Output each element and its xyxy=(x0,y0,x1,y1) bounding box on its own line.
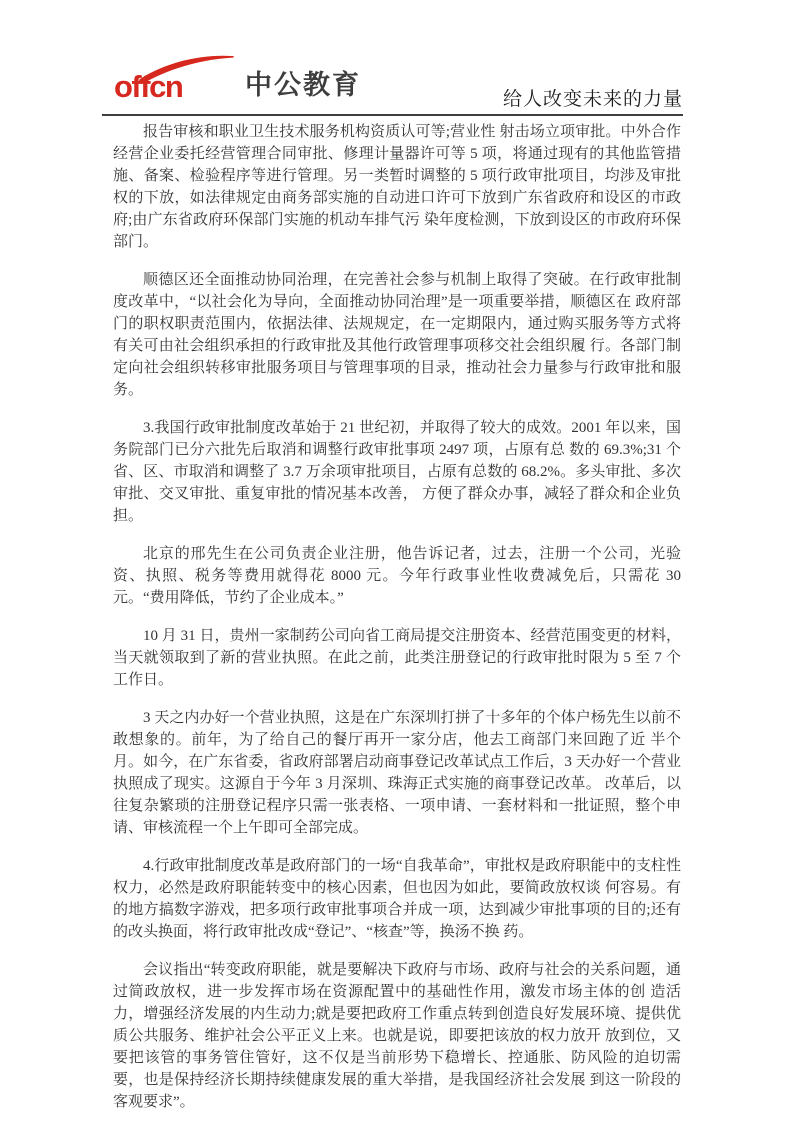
logo-text-en: offcn xyxy=(114,69,183,100)
paragraph-7: 4.行政审批制度改革是政府部门的一场“自我革命”，审批权是政府职能中的支柱性权力… xyxy=(113,855,681,943)
paragraph-1: 报告审核和职业卫生技术服务机构资质认可等;营业性 射击场立项审批。中外合作经营企… xyxy=(113,121,681,253)
paragraph-4: 北京的邢先生在公司负责企业注册，他告诉记者，过去，注册一个公司，光验资、执照、税… xyxy=(113,543,681,609)
tagline: 给人改变未来的力量 xyxy=(503,84,683,111)
document-page: offcn 中公教育 给人改变未来的力量 报告审核和职业卫生技术服务机构资质认可… xyxy=(0,0,793,1122)
paragraph-8: 会议指出“转变政府职能，就是要解决下政府与市场、政府与社会的关系问题，通过简政放… xyxy=(113,959,681,1113)
document-body: 报告审核和职业卫生技术服务机构资质认可等;营业性 射击场立项审批。中外合作经营企… xyxy=(0,116,793,1113)
brand-name-cn: 中公教育 xyxy=(245,72,361,99)
page-header: offcn 中公教育 给人改变未来的力量 xyxy=(102,0,683,116)
paragraph-2: 顺德区还全面推动协同治理，在完善社会参与机制上取得了突破。在行政审批制度改革中，… xyxy=(113,269,681,401)
paragraph-6: 3 天之内办好一个营业执照，这是在广东深圳打拼了十多年的个体户杨先生以前不敢想象… xyxy=(113,707,681,839)
offcn-wordmark: offcn xyxy=(114,52,236,100)
offcn-logo: offcn 中公教育 xyxy=(114,52,361,100)
paragraph-5: 10 月 31 日，贵州一家制药公司向省工商局提交注册资本、经营范围变更的材料，… xyxy=(113,625,681,691)
paragraph-3: 3.我国行政审批制度改革始于 21 世纪初，并取得了较大的成效。2001 年以来… xyxy=(113,417,681,527)
